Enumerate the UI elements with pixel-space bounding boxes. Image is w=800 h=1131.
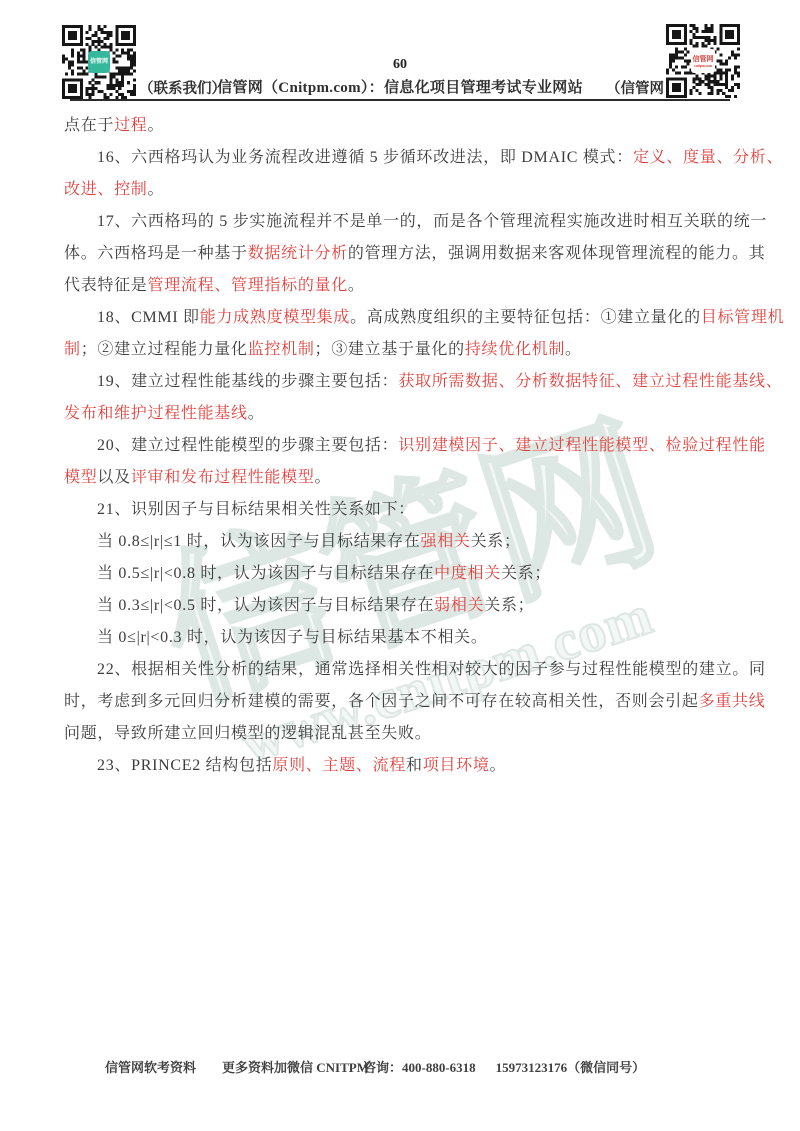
text-segment: 持续优化机制 (465, 341, 565, 358)
text-segment: 项目环境 (423, 757, 490, 774)
document-page: 信管网 （联系我们） 60 信管网（Cnitpm.com）：信息化项目管理考试专… (0, 0, 800, 1131)
text-segment: 能力成熟度模型集成 (200, 309, 350, 326)
text-segment: 弱相关 (434, 597, 484, 614)
text-segment: 21、识别因子与目标结果相关性关系如下： (97, 501, 415, 518)
text-segment: 评审和发布过程性能模型 (131, 469, 315, 486)
footer-phone: 咨询：400-880-6318 (363, 1057, 476, 1076)
text-segment: 关系； (471, 533, 521, 550)
footer-left: 信管网软考资料 更多资料加微信 CNITPM (105, 1057, 369, 1076)
text-segment: 20、建立过程性能模型的步骤主要包括： (97, 437, 398, 454)
site-logo-text: 信管网 (693, 55, 714, 63)
text-line: 模型以及评审和发布过程性能模型。 (64, 462, 744, 494)
text-segment: 代表特征是 (64, 277, 148, 294)
text-segment: 当 0≤|r|<0.3 时，认为该因子与目标结果基本不相关。 (97, 629, 488, 646)
text-segment: 识别建模因子、建立过程性能模型、检验过程性能 (398, 437, 765, 454)
body-text: 点在于过程。16、六西格玛认为业务流程改进遵循 5 步循环改进法，即 DMAIC… (64, 110, 744, 782)
text-segment: 数据统计分析 (248, 245, 348, 262)
text-line: 当 0.3≤|r|<0.5 时，认为该因子与目标结果存在弱相关关系； (64, 590, 744, 622)
text-segment: ；②建立过程能力量化 (81, 341, 248, 358)
footer-mobile: 15973123176（微信同号） (496, 1057, 646, 1076)
text-segment: 23、PRINCE2 结构包括 (97, 757, 272, 774)
text-segment: 17、六西格玛的 5 步实施流程并不是单一的，而是各个管理流程实施改进时相互关联… (97, 213, 767, 230)
text-line: 16、六西格玛认为业务流程改进遵循 5 步循环改进法，即 DMAIC 模式：定义… (64, 142, 744, 174)
text-segment: 当 0.3≤|r|<0.5 时，认为该因子与目标结果存在 (97, 597, 434, 614)
text-segment: 。 (565, 341, 582, 358)
text-segment: 以及 (97, 469, 130, 486)
text-line: 23、PRINCE2 结构包括原则、主题、流程和项目环境。 (64, 750, 744, 782)
text-line: 当 0.5≤|r|<0.8 时，认为该因子与目标结果存在中度相关关系； (64, 558, 744, 590)
text-line: 发布和维护过程性能基线。 (64, 398, 744, 430)
text-segment: 。 (490, 757, 507, 774)
text-segment: 18、CMMI 即 (97, 309, 200, 326)
footer-right: 咨询：400-880-6318 15973123176（微信同号） (363, 1057, 645, 1076)
text-segment: 当 0.8≤|r|≤1 时，认为该因子与目标结果存在 (97, 533, 421, 550)
text-line: 改进、控制。 (64, 174, 744, 206)
text-segment: 监控机制 (248, 341, 315, 358)
text-segment: 。 (248, 405, 265, 422)
text-line: 17、六西格玛的 5 步实施流程并不是单一的，而是各个管理流程实施改进时相互关联… (64, 206, 744, 238)
header-divider (70, 99, 730, 101)
text-line: 21、识别因子与目标结果相关性关系如下： (64, 494, 744, 526)
text-segment: 当 0.5≤|r|<0.8 时，认为该因子与目标结果存在 (97, 565, 434, 582)
text-segment: 体。六西格玛是一种基于 (64, 245, 248, 262)
text-segment: 。 (148, 181, 165, 198)
text-segment: 改进、控制 (64, 181, 148, 198)
text-segment: 。高成熟度组织的主要特征包括：①建立量化的 (350, 309, 701, 326)
text-segment: ；③建立基于量化的 (315, 341, 465, 358)
site-logo-subtext: cnitpm.com (694, 63, 712, 68)
text-line: 点在于过程。 (64, 110, 744, 142)
text-segment: 制 (64, 341, 81, 358)
text-line: 时，考虑到多元回归分析建模的需要，各个因子之间不可存在较高相关性，否则会引起多重… (64, 686, 744, 718)
text-line: 制；②建立过程能力量化监控机制；③建立基于量化的持续优化机制。 (64, 334, 744, 366)
text-segment: 关系； (501, 565, 551, 582)
text-segment: 和 (406, 757, 423, 774)
footer-wechat: 更多资料加微信 CNITPM (222, 1057, 369, 1076)
text-segment: 模型 (64, 469, 97, 486)
text-segment: 原则、主题、流程 (272, 757, 406, 774)
text-segment: 16、六西格玛认为业务流程改进遵循 5 步循环改进法，即 DMAIC 模式： (97, 149, 633, 166)
text-line: 22、根据相关性分析的结果，通常选择相关性相对较大的因子参与过程性能模型的建立。… (64, 654, 744, 686)
text-segment: 多重共线 (699, 693, 766, 710)
footer-brand: 信管网软考资料 (105, 1057, 196, 1076)
text-line: 代表特征是管理流程、管理指标的量化。 (64, 270, 744, 302)
text-line: 19、建立过程性能基线的步骤主要包括：获取所需数据、分析数据特征、建立过程性能基… (64, 366, 744, 398)
text-line: 20、建立过程性能模型的步骤主要包括：识别建模因子、建立过程性能模型、检验过程性… (64, 430, 744, 462)
text-segment: 目标管理机 (701, 309, 785, 326)
text-segment: 发布和维护过程性能基线 (64, 405, 248, 422)
text-segment: 问题，导致所建立回归模型的逻辑混乱甚至失败。 (64, 725, 431, 742)
text-line: 体。六西格玛是一种基于数据统计分析的管理方法，强调用数据来客观体现管理流程的能力… (64, 238, 744, 270)
text-line: 问题，导致所建立回归模型的逻辑混乱甚至失败。 (64, 718, 744, 750)
text-segment: 22、根据相关性分析的结果，通常选择相关性相对较大的因子参与过程性能模型的建立。… (97, 661, 766, 678)
text-segment: 点在于 (64, 117, 114, 134)
text-segment: 管理流程、管理指标的量化 (148, 277, 348, 294)
text-segment: 中度相关 (434, 565, 501, 582)
text-segment: 关系； (484, 597, 534, 614)
text-segment: 。 (315, 469, 332, 486)
text-segment: 定义、度量、分析、 (633, 149, 783, 166)
text-segment: 获取所需数据、分析数据特征、建立过程性能基线、 (398, 373, 782, 390)
text-segment: 强相关 (421, 533, 471, 550)
text-line: 当 0.8≤|r|≤1 时，认为该因子与目标结果存在强相关关系； (64, 526, 744, 558)
text-line: 当 0≤|r|<0.3 时，认为该因子与目标结果基本不相关。 (64, 622, 744, 654)
text-line: 18、CMMI 即能力成熟度模型集成。高成熟度组织的主要特征包括：①建立量化的目… (64, 302, 744, 334)
text-segment: 时，考虑到多元回归分析建模的需要，各个因子之间不可存在较高相关性，否则会引起 (64, 693, 699, 710)
wechat-logo-icon: 信管网 (88, 51, 110, 73)
site-logo-icon: 信管网 cnitpm.com (691, 49, 715, 73)
text-segment: 。 (148, 117, 165, 134)
text-segment: 19、建立过程性能基线的步骤主要包括： (97, 373, 398, 390)
text-segment: 的管理方法，强调用数据来客观体现管理流程的能力。其 (348, 245, 766, 262)
text-segment: 。 (348, 277, 365, 294)
text-segment: 过程 (114, 117, 147, 134)
contact-caption: （联系我们） (139, 77, 226, 98)
